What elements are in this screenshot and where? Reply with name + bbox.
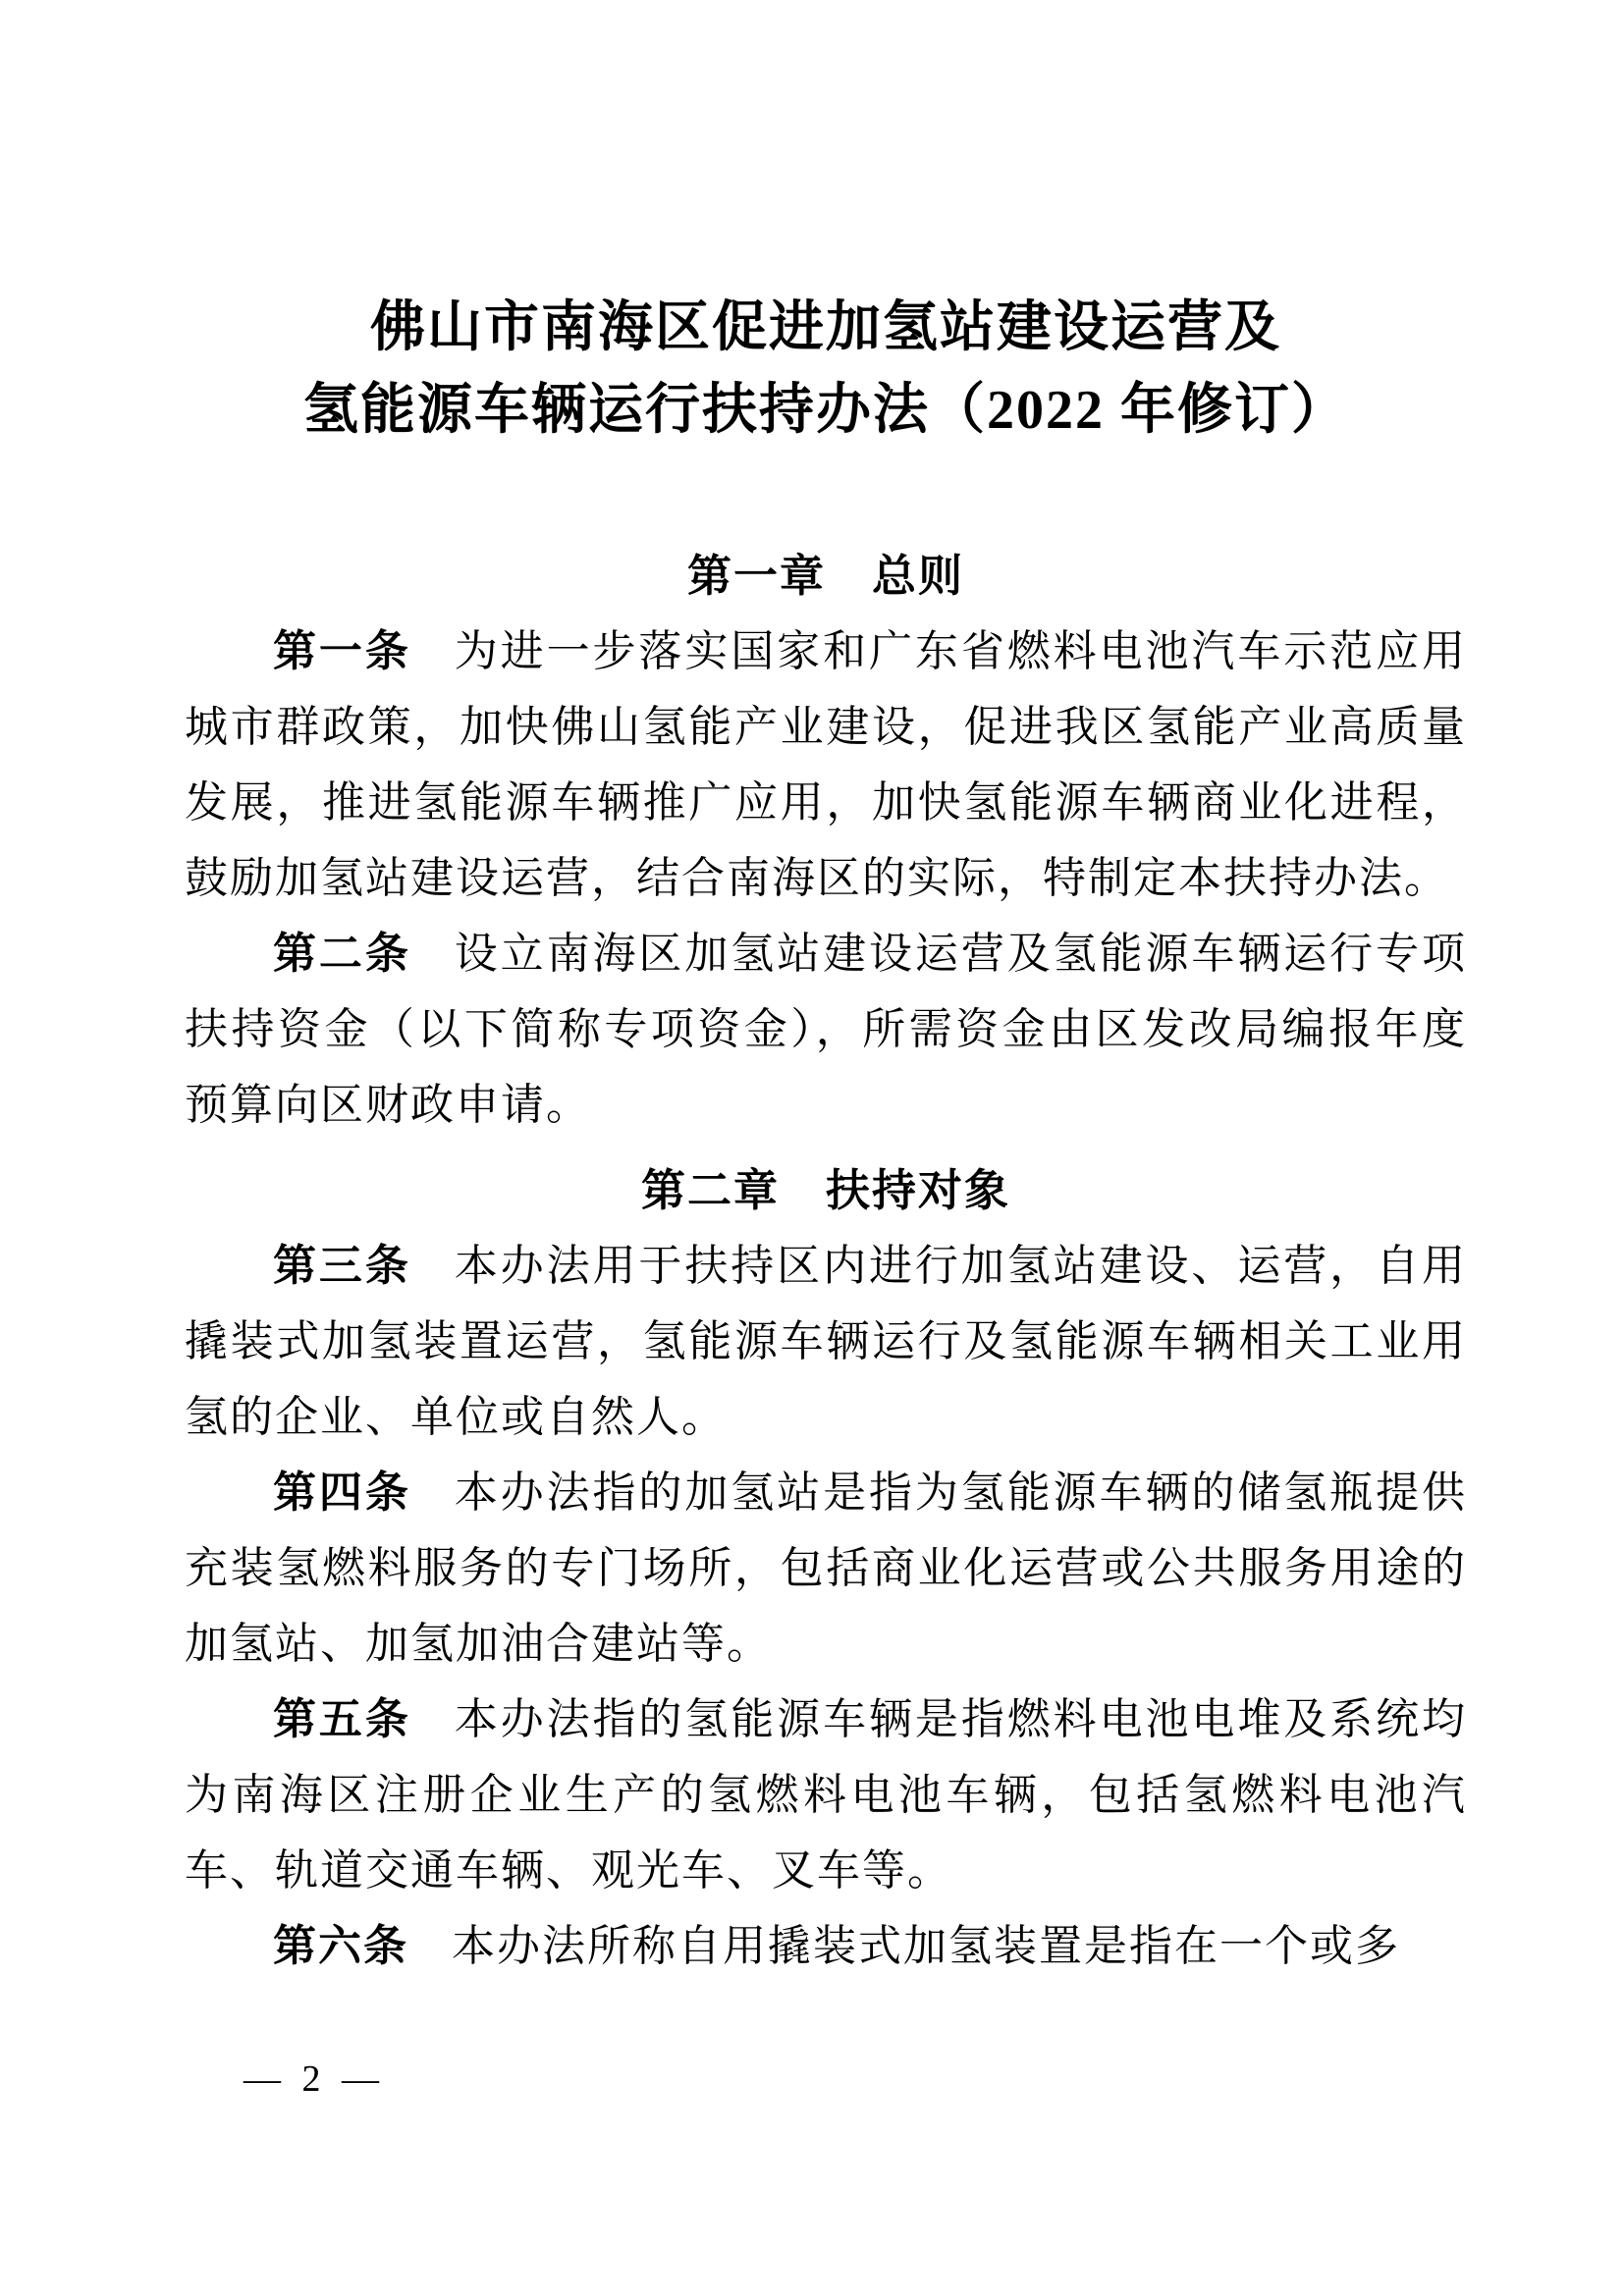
document-page: 佛山市南海区促进加氢站建设运营及 氢能源车辆运行扶持办法（2022 年修订） 第… <box>0 0 1624 2296</box>
article-1-number: 第一条 <box>273 627 411 675</box>
page-number: — 2 — <box>244 2057 385 2101</box>
article-1: 第一条为进一步落实国家和广东省燃料电池汽车示范应用城市群政策，加快佛山氢能产业建… <box>185 614 1467 916</box>
chapter-1-heading: 第一章 总则 <box>185 538 1467 614</box>
document-content: 佛山市南海区促进加氢站建设运营及 氢能源车辆运行扶持办法（2022 年修订） 第… <box>0 0 1624 1984</box>
document-title: 佛山市南海区促进加氢站建设运营及 氢能源车辆运行扶持办法（2022 年修订） <box>185 287 1467 452</box>
chapter-2-heading: 第二章 扶持对象 <box>185 1152 1467 1228</box>
document-title-line1: 佛山市南海区促进加氢站建设运营及 <box>185 287 1467 369</box>
article-3-number: 第三条 <box>273 1242 411 1290</box>
article-4: 第四条本办法指的加氢站是指为氢能源车辆的储氢瓶提供充装氢燃料服务的专门场所，包括… <box>185 1455 1467 1682</box>
article-3: 第三条本办法用于扶持区内进行加氢站建设、运营，自用撬装式加氢装置运营，氢能源车辆… <box>185 1228 1467 1455</box>
article-2-number: 第二条 <box>273 930 411 978</box>
article-6-text: 本办法所称自用撬装式加氢装置是指在一个或多 <box>452 1922 1400 1970</box>
article-6-number: 第六条 <box>273 1922 408 1970</box>
article-4-number: 第四条 <box>273 1468 411 1517</box>
article-6: 第六条本办法所称自用撬装式加氢装置是指在一个或多 <box>185 1908 1467 1984</box>
article-5-number: 第五条 <box>273 1695 411 1743</box>
article-2: 第二条设立南海区加氢站建设运营及氢能源车辆运行专项扶持资金（以下简称专项资金），… <box>185 916 1467 1143</box>
document-title-line2: 氢能源车辆运行扶持办法（2022 年修订） <box>185 369 1467 452</box>
article-5: 第五条本办法指的氢能源车辆是指燃料电池电堆及系统均为南海区注册企业生产的氢燃料电… <box>185 1682 1467 1908</box>
